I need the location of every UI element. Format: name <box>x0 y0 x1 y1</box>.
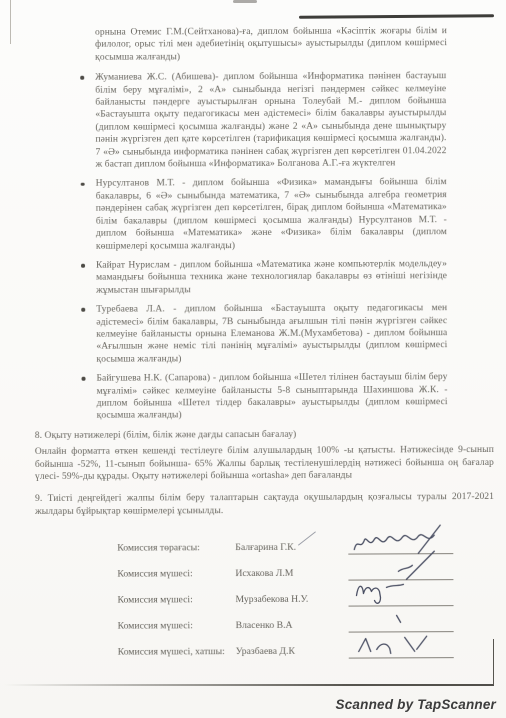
bullet-item: Нурсултанов М.Т. - диплом бойынша «Физик… <box>79 177 447 253</box>
scanned-document-page: орнына Отемис Г.М.(Сейтханова)-ға, дипло… <box>0 0 506 718</box>
bullet-list: Жуманиева Ж.С. (Абишева)- диплом бойынша… <box>0 70 448 423</box>
signature-role: Комиссия төрағасы: <box>117 542 235 556</box>
signature-line <box>349 641 454 658</box>
top-edge-smudge <box>233 0 257 3</box>
bullet-item: Кайрат Нурислам - диплом бойынша «Матема… <box>79 258 447 297</box>
handwritten-signature-mark <box>348 579 453 609</box>
signature-line <box>348 563 453 580</box>
signature-role: Комиссия мүшесі: <box>118 620 236 634</box>
bottom-page-edge-line <box>4 684 494 686</box>
signature-row: Комиссия мүшесі: Мурзабекова Н.У. <box>117 580 453 607</box>
bullet-text: Кайрат Нурислам - диплом бойынша «Матема… <box>96 259 447 295</box>
bullet-item: Жуманиева Ж.С. (Абишева)- диплом бойынша… <box>78 70 446 171</box>
bullet-text: Туребаева Л.А. - диплом бойынша «Бастауы… <box>96 303 447 364</box>
signature-name: Мурзабекова Н.У. <box>235 594 325 607</box>
bullet-text: Жуманиева Ж.С. (Абишева)- диплом бойынша… <box>95 71 446 169</box>
signature-name: Уразбаева Д.К <box>236 646 326 659</box>
bullet-text: Байгушева Н.К. (Сапарова) - диплом бойын… <box>97 372 448 421</box>
signature-line <box>348 589 453 606</box>
section-8-text: Онлайн форматта өткен кешенді тестілеуге… <box>35 444 494 483</box>
bullet-dot-icon <box>81 182 85 186</box>
section-9-text: 9. Тиісті деңгейдегі жалпы білім беру та… <box>35 491 494 518</box>
signature-name: Власенко В.А <box>236 620 326 633</box>
intro-paragraph: орнына Отемис Г.М.(Сейтханова)-ға, дипло… <box>95 25 447 64</box>
signature-row: Комиссия мүшесі: Власенко В.А <box>118 606 454 633</box>
tapscanner-watermark: Scanned by TapScanner <box>336 697 497 712</box>
signature-role: Комиссия мүшесі: <box>117 568 235 582</box>
signature-block: Комиссия төрағасы: Балғарина Г.К. Комисс… <box>117 528 454 659</box>
signature-name: Балғарина Г.К. <box>235 542 325 555</box>
bullet-text: Нурсултанов М.Т. - диплом бойынша «Физик… <box>96 178 447 252</box>
bullet-dot-icon <box>81 264 85 268</box>
bullet-dot-icon <box>82 377 86 381</box>
bullet-item: Байгушева Н.К. (Сапарова) - диплом бойын… <box>80 371 448 422</box>
signature-line <box>348 537 453 554</box>
signature-row: Комиссия мүшесі: Исхакова Л.М <box>117 554 453 581</box>
handwritten-signature-mark <box>349 633 454 661</box>
bullet-item: Туребаева Л.А. - диплом бойынша «Бастауы… <box>79 302 447 366</box>
document-body: орнына Отемис Г.М.(Сейтханова)-ға, дипло… <box>0 25 506 660</box>
signature-row: Комиссия төрағасы: Балғарина Г.К. <box>117 528 453 555</box>
bullet-dot-icon <box>81 308 85 312</box>
bullet-dot-icon <box>80 76 84 80</box>
signature-line <box>349 615 454 632</box>
signature-name: Исхакова Л.М <box>235 568 325 581</box>
section-8-heading: 8. Оқыту нәтижелері (білім, білік және д… <box>35 428 494 442</box>
signature-role: Комиссия мүшесі, хатшы: <box>118 646 236 660</box>
signature-row: Комиссия мүшесі, хатшы: Уразбаева Д.К <box>118 632 454 659</box>
signature-role: Комиссия мүшесі: <box>117 594 235 608</box>
top-right-page-edge-line <box>299 14 494 18</box>
